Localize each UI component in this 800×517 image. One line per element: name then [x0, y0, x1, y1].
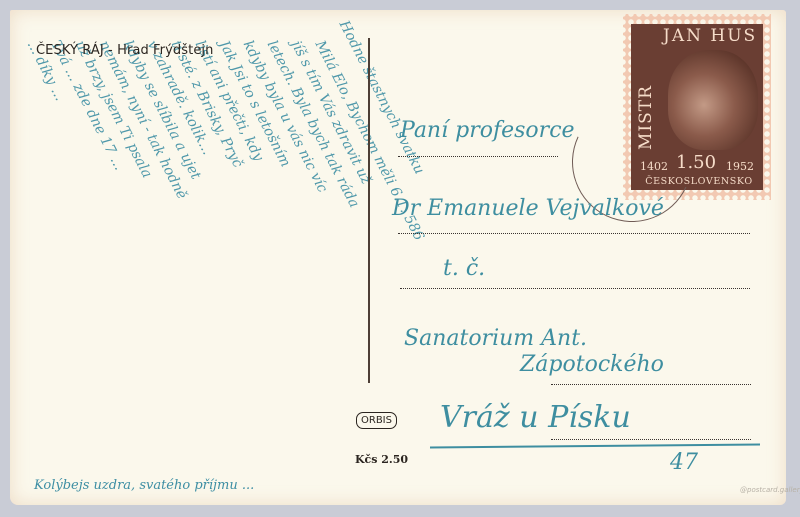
address-recipient-title: Paní profesorce [400, 118, 575, 143]
address-tc: t. č. [443, 256, 485, 281]
stamp-title: JAN HUS [663, 26, 757, 46]
publisher-logo: ORBIS [356, 412, 397, 429]
address-line-3 [400, 288, 750, 289]
postcard-caption: ČESKÝ RÁJ - Hrad Frýdštejn [36, 43, 213, 58]
address-line-2 [398, 233, 750, 234]
address-line-1 [398, 156, 558, 157]
address-line-4 [551, 384, 751, 385]
stamp-year-right: 1952 [726, 160, 754, 173]
address-number: 47 [670, 450, 698, 475]
address-town: Vráž u Písku [440, 400, 631, 435]
center-divider [368, 38, 370, 383]
handwritten-message: Hodne štastnych svatkuMilá Elo, Bychom m… [20, 18, 360, 488]
address-line-5 [551, 439, 751, 440]
price-label: Kčs 2.50 [355, 453, 408, 466]
address-sanatorium-name: Zápotockého [520, 352, 664, 377]
watermark: @postcard.gallery [740, 486, 800, 494]
address-recipient-name: Dr Emanuele Vejvalkové [392, 196, 664, 221]
message-bottom-line: Kolýbejs uzdra, svatého příjmu ... [34, 478, 254, 493]
address-sanatorium: Sanatorium Ant. [404, 326, 587, 351]
